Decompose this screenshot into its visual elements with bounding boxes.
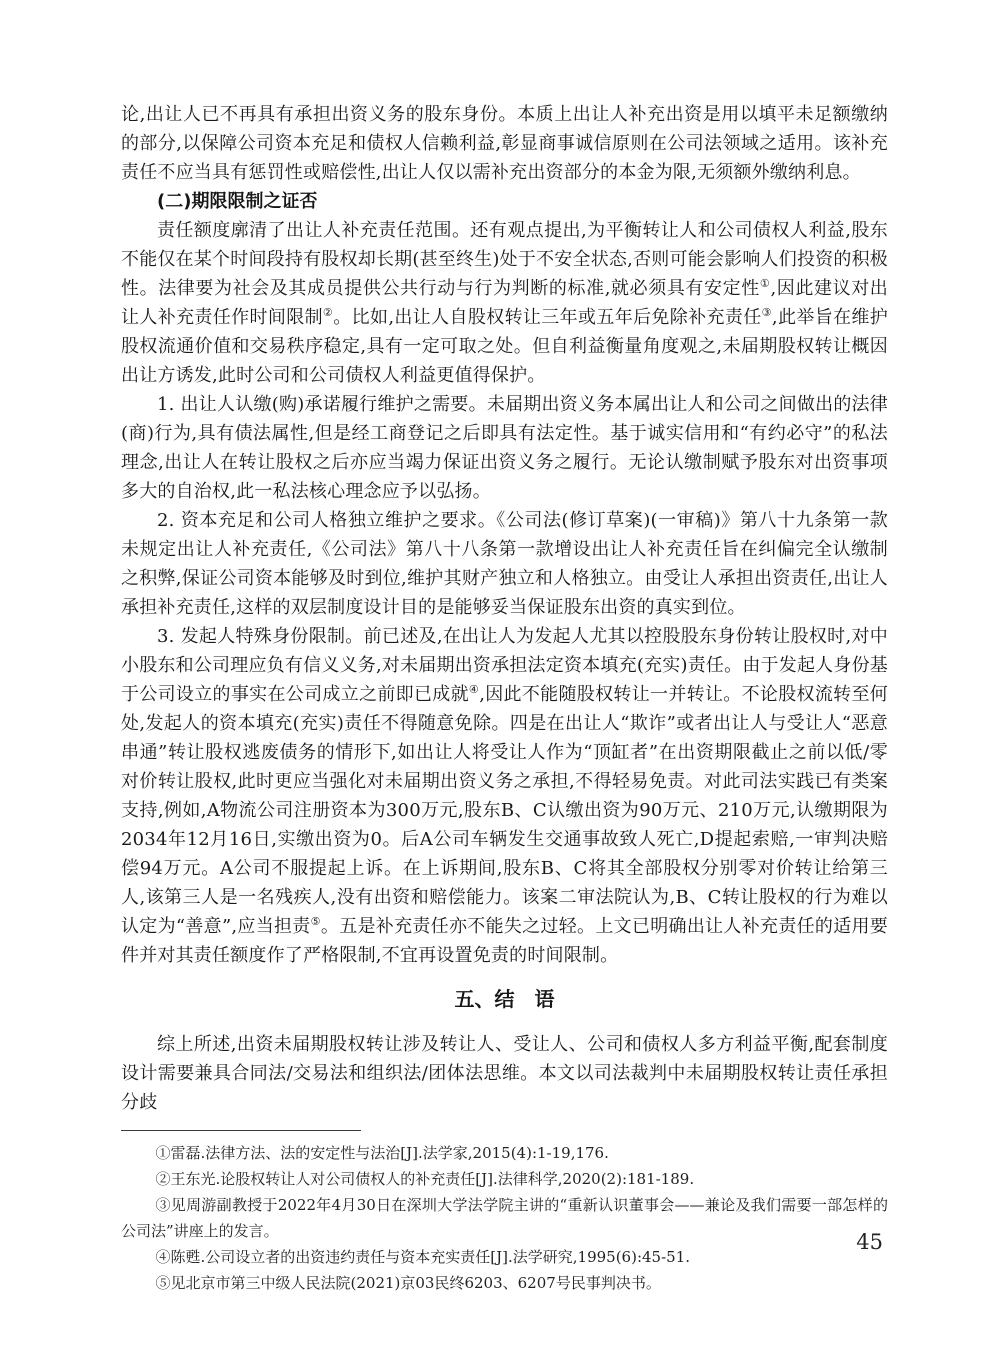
paragraph-point-1-subscription-promise: 1. 出让人认缴(购)承诺履行维护之需要。未届期出资义务本属出让人和公司之间做出… xyxy=(121,390,888,506)
footnote-separator-rule xyxy=(121,1130,361,1131)
footnotes-section: ①雷磊.法律方法、法的安定性与法治[J].法学家,2015(4):1-19,17… xyxy=(121,1130,888,1296)
footnote-5: ⑤见北京市第三中级人民法院(2021)京03民终6203、6207号民事判决书。 xyxy=(121,1270,888,1296)
footnote-2: ②王东光.论股权转让人对公司债权人的补充责任[J].法律科学,2020(2):1… xyxy=(121,1166,888,1192)
section-heading-conclusion: 五、结 语 xyxy=(121,985,888,1013)
paragraph-time-limit-debate: 责任额度廓清了出让人补充责任范围。还有观点提出,为平衡转让人和公司债权人利益,股… xyxy=(121,216,888,390)
paragraph-conclusion: 综上所述,出资未届期股权转让涉及转让人、受让人、公司和债权人多方利益平衡,配套制… xyxy=(121,1030,888,1117)
page-number: 45 xyxy=(856,1230,883,1254)
footnote-4: ④陈甦.公司设立者的出资违约责任与资本充实责任[J].法学研究,1995(6):… xyxy=(121,1244,888,1270)
document-page: 论,出让人已不再具有承担出资义务的股东身份。本质上出让人补充出资是用以填平未足额… xyxy=(0,0,1000,1347)
footnote-1: ①雷磊.法律方法、法的安定性与法治[J].法学家,2015(4):1-19,17… xyxy=(121,1140,888,1166)
article-body: 论,出让人已不再具有承担出资义务的股东身份。本质上出让人补充出资是用以填平未足额… xyxy=(121,100,888,1117)
footnote-3: ③见周游副教授于2022年4月30日在深圳大学法学院主讲的“重新认识董事会——兼… xyxy=(121,1192,888,1244)
subsection-heading-time-limit: (二)期限限制之证否 xyxy=(121,187,888,216)
paragraph-continued: 论,出让人已不再具有承担出资义务的股东身份。本质上出让人补充出资是用以填平未足额… xyxy=(121,100,888,187)
paragraph-point-2-capital-adequacy: 2. 资本充足和公司人格独立维护之要求。《公司法(修订草案)(一审稿)》第八十九… xyxy=(121,506,888,622)
paragraph-point-3-promoter-status: 3. 发起人特殊身份限制。前已述及,在出让人为发起人尤其以控股股东身份转让股权时… xyxy=(121,622,888,970)
